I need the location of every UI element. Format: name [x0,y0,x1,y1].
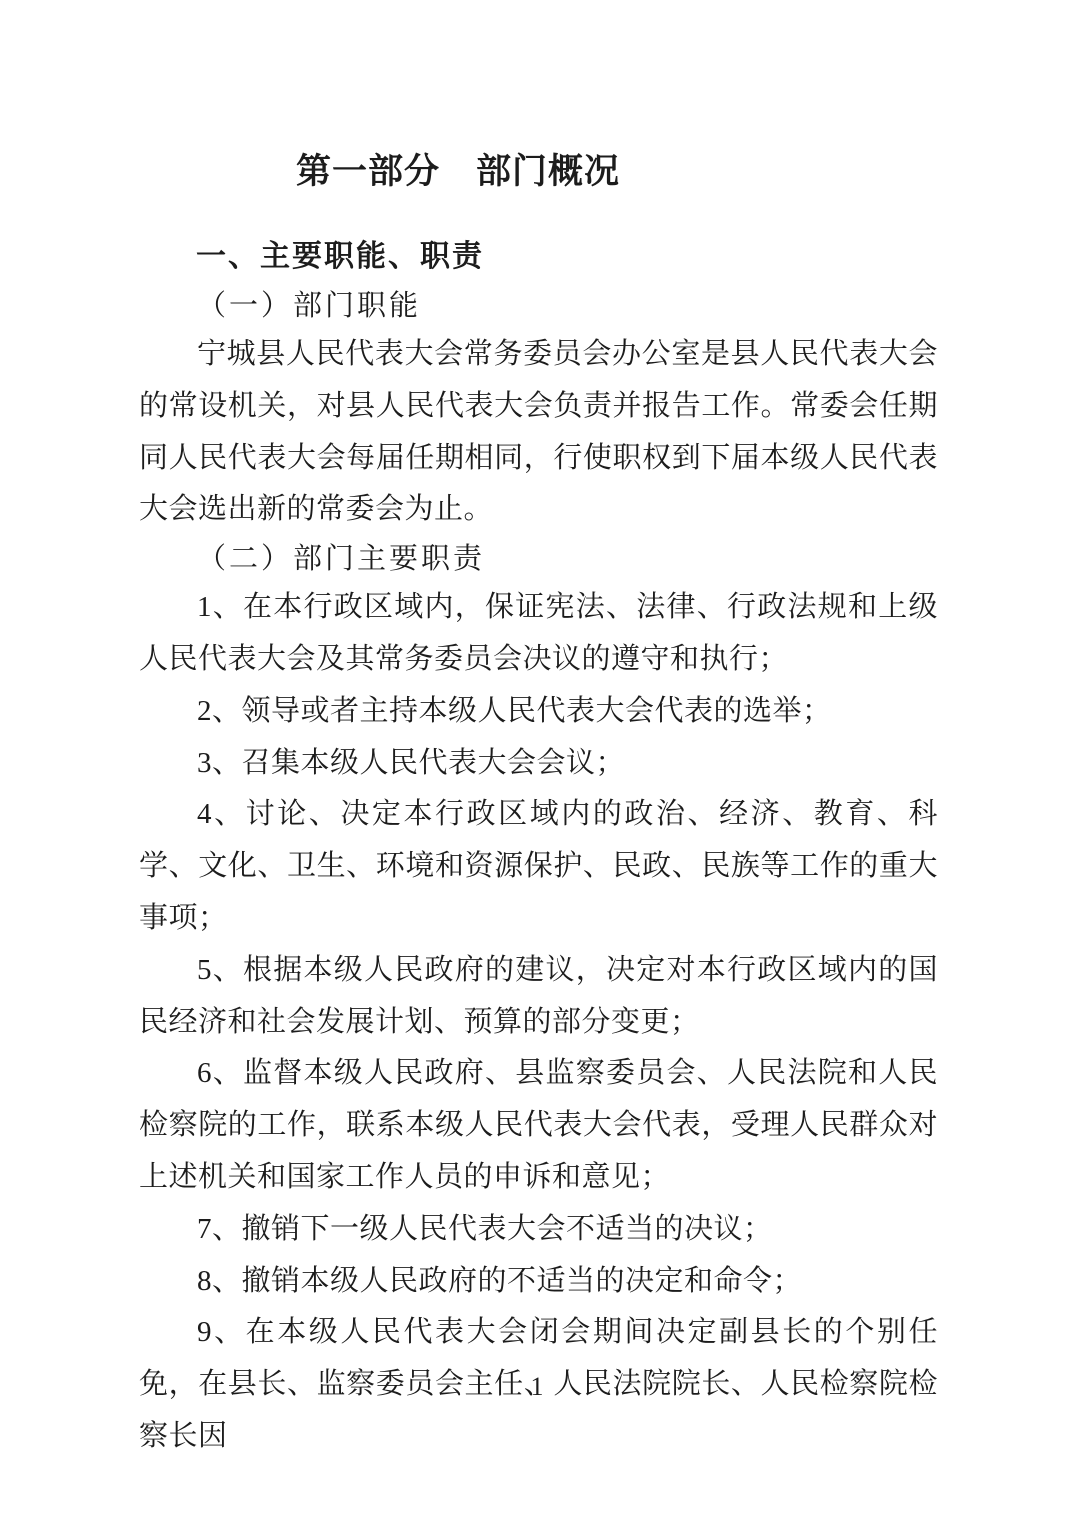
page-number: 1 [0,1372,1074,1402]
subsection-heading-main-duties: （二）部门主要职责 [139,536,938,582]
duty-item-4: 4、讨论、决定本行政区域内的政治、经济、教育、科学、文化、卫生、环境和资源保护、… [139,789,938,944]
duty-item-5: 5、根据本级人民政府的建议，决定对本行政区域内的国民经济和社会发展计划、预算的部… [139,945,938,1049]
document-content: 第一部分 部门概况 一、主要职能、职责 （一）部门职能 宁城县人民代表大会常务委… [139,146,938,1463]
duty-item-1: 1、在本行政区域内，保证宪法、法律、行政法规和上级人民代表大会及其常务委员会决议… [139,582,938,686]
duty-item-7: 7、撤销下一级人民代表大会不适当的决议； [139,1204,938,1256]
duty-item-3: 3、召集本级人民代表大会会议； [139,738,938,790]
duty-item-8: 8、撤销本级人民政府的不适当的决定和命令； [139,1256,938,1308]
section-heading-main-functions: 一、主要职能、职责 [139,231,938,283]
duty-item-6: 6、监督本级人民政府、县监察委员会、人民法院和人民检察院的工作，联系本级人民代表… [139,1048,938,1203]
duty-item-2: 2、领导或者主持本级人民代表大会代表的选举； [139,686,938,738]
document-title: 第一部分 部门概况 [139,146,938,198]
paragraph-department-function: 宁城县人民代表大会常务委员会办公室是县人民代表大会的常设机关，对县人民代表大会负… [139,329,938,536]
subsection-heading-department-function: （一）部门职能 [139,283,938,329]
document-page: 第一部分 部门概况 一、主要职能、职责 （一）部门职能 宁城县人民代表大会常务委… [0,0,1074,1520]
